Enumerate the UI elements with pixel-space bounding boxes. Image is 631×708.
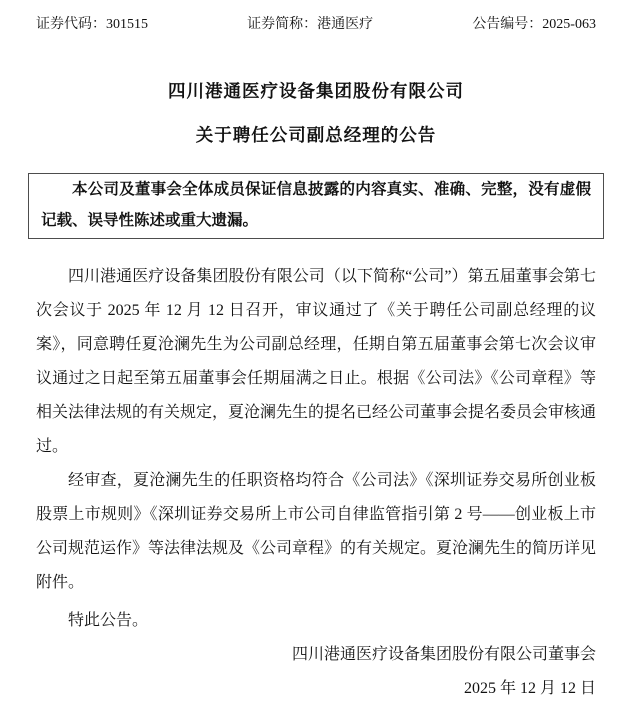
- announcement-title: 关于聘任公司副总经理的公告: [36, 124, 596, 147]
- announcement-document: 证券代码：301515 证券简称：港通医疗 公告编号：2025-063 四川港通…: [0, 0, 631, 708]
- company-name-title: 四川港通医疗设备集团股份有限公司: [36, 80, 596, 103]
- paragraph-qualification-review: 经审查，夏沧澜先生的任职资格均符合《公司法》《深圳证券交易所创业板股票上市规则》…: [36, 464, 596, 600]
- stock-short-name: 证券简称：港通医疗: [247, 15, 373, 34]
- paragraph-board-resolution: 四川港通医疗设备集团股份有限公司（以下简称“公司”）第五届董事会第七次会议于 2…: [36, 260, 596, 464]
- stock-code: 证券代码：301515: [36, 15, 148, 34]
- announcement-number: 公告编号：2025-063: [472, 15, 596, 34]
- document-header: 证券代码：301515 证券简称：港通医疗 公告编号：2025-063: [36, 0, 596, 34]
- closing-statement: 特此公告。: [36, 604, 596, 638]
- disclaimer-text: 本公司及董事会全体成员保证信息披露的内容真实、准确、完整，没有虚假记载、误导性陈…: [41, 174, 591, 236]
- disclaimer-box: 本公司及董事会全体成员保证信息披露的内容真实、准确、完整，没有虚假记载、误导性陈…: [28, 173, 604, 239]
- signature-date: 2025 年 12 月 12 日: [36, 672, 596, 706]
- signature-company: 四川港通医疗设备集团股份有限公司董事会: [36, 638, 596, 672]
